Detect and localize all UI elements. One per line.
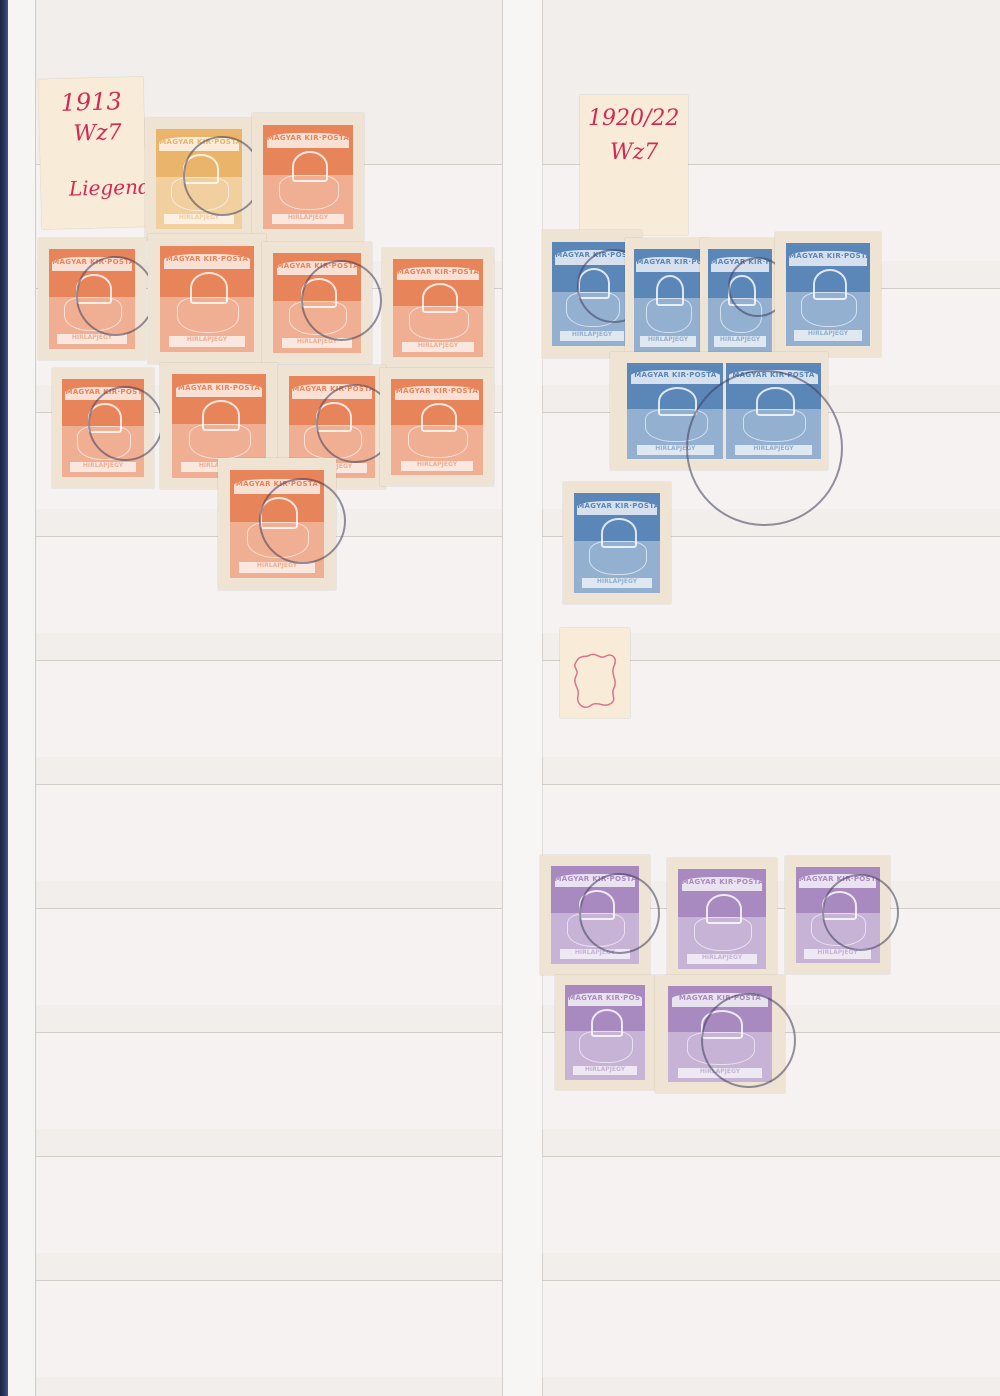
newspaper-1920-stamp: MAGYAR KIR·POSTAHÍRLAPJEGY bbox=[775, 232, 881, 357]
film-overlay bbox=[565, 1031, 645, 1080]
label-orientation: Liegend bbox=[69, 176, 151, 199]
stamp-top-text: MAGYAR KIR·POSTA bbox=[636, 257, 699, 271]
page-margin bbox=[8, 0, 36, 1396]
label-watermark: Wz7 bbox=[610, 141, 658, 164]
newspaper-1920-stamp: MAGYAR KIR·POSTAHÍRLAPJEGYMAGYAR KIR·POS… bbox=[610, 352, 828, 470]
postmark bbox=[301, 260, 382, 341]
postmark bbox=[88, 386, 163, 461]
label-year: 1913 bbox=[60, 89, 122, 116]
film-overlay bbox=[393, 306, 483, 357]
film-overlay bbox=[786, 292, 871, 345]
stamp-design: MAGYAR KIR·POSTAHÍRLAPJEGY bbox=[786, 243, 871, 346]
film-overlay bbox=[160, 297, 254, 352]
stamp-design: MAGYAR KIR·POSTAHÍRLAPJEGY bbox=[391, 379, 482, 476]
strip-film bbox=[36, 1157, 502, 1253]
newspaper-1913-stamp: MAGYAR KIR·POSTAHÍRLAPJEGY bbox=[148, 234, 266, 364]
stamp-top-text: MAGYAR KIR·POSTA bbox=[577, 501, 656, 515]
strip-film bbox=[36, 1281, 502, 1377]
film-overlay bbox=[574, 541, 660, 593]
newspaper-1920-stamp: MAGYAR KIR·POSTAHÍRLAPJEGY bbox=[563, 482, 671, 604]
postmark bbox=[259, 478, 346, 565]
film-overlay bbox=[634, 298, 703, 351]
strip-film bbox=[542, 1281, 1000, 1377]
stamp-top-text: MAGYAR KIR·POSTA bbox=[395, 386, 479, 400]
newspaper-1920-stamp: MAGYAR KIR·POSTAHÍRLAPJEGY bbox=[540, 855, 650, 975]
newspaper-1920-stamp: MAGYAR KIR·POSTAHÍRLAPJEGY bbox=[625, 238, 711, 363]
newspaper-1913-stamp: MAGYAR KIR·POSTAHÍRLAPJEGY bbox=[52, 368, 154, 488]
strip-film bbox=[36, 1033, 502, 1129]
label-slip-1913: 1913 Wz7 Liegend bbox=[38, 77, 147, 230]
stamp-top-text: MAGYAR KIR·POSTA bbox=[789, 251, 867, 265]
newspaper-1913-stamp: MAGYAR KIR·POSTAHÍRLAPJEGY bbox=[262, 242, 372, 364]
stamp-design: MAGYAR KIR·POSTAHÍRLAPJEGY bbox=[634, 249, 703, 352]
stamp-top-text: MAGYAR KIR·POSTA bbox=[397, 267, 479, 281]
stamp-design: MAGYAR KIR·POSTAHÍRLAPJEGY bbox=[565, 985, 645, 1079]
stamp-design: MAGYAR KIR·POSTAHÍRLAPJEGY bbox=[574, 493, 660, 593]
label-watermark: Wz7 bbox=[73, 121, 122, 145]
center-divider bbox=[502, 0, 543, 1396]
postmark bbox=[822, 874, 900, 952]
newspaper-1913-stamp: MAGYAR KIR·POSTAHÍRLAPJEGY bbox=[382, 248, 494, 368]
label-year: 1920/22 bbox=[588, 107, 679, 130]
strip-film bbox=[542, 1157, 1000, 1253]
stamp-design: MAGYAR KIR·POSTAHÍRLAPJEGY bbox=[678, 869, 766, 969]
watermark-outline-icon bbox=[560, 628, 630, 718]
newspaper-1913-stamp: MAGYAR KIR·POSTAHÍRLAPJEGY bbox=[38, 238, 146, 360]
newspaper-1913-stamp: MAGYAR KIR·POSTAHÍRLAPJEGY bbox=[145, 118, 253, 240]
strip-film bbox=[36, 909, 502, 1005]
newspaper-1920-stamp: MAGYAR KIR·POSTAHÍRLAPJEGY bbox=[667, 858, 777, 980]
postmark bbox=[686, 370, 843, 527]
postmark bbox=[183, 136, 263, 216]
newspaper-1920-stamp: MAGYAR KIR·POSTAHÍRLAPJEGY bbox=[785, 856, 890, 974]
newspaper-1920-stamp: MAGYAR KIR·POSTAHÍRLAPJEGY bbox=[700, 238, 780, 363]
strip-film bbox=[36, 785, 502, 881]
stamp-design: MAGYAR KIR·POSTAHÍRLAPJEGY bbox=[263, 125, 353, 230]
film-overlay bbox=[391, 425, 482, 475]
watermark-sketch-slip bbox=[560, 628, 630, 718]
stamp-top-text: MAGYAR KIR·POSTA bbox=[631, 370, 719, 384]
newspaper-1913-stamp: MAGYAR KIR·POSTAHÍRLAPJEGY bbox=[252, 113, 364, 241]
stamp-top-text: MAGYAR KIR·POSTA bbox=[164, 254, 251, 269]
label-slip-1920-22: 1920/22 Wz7 bbox=[580, 95, 688, 235]
stamp-top-text: MAGYAR KIR·POSTA bbox=[267, 133, 349, 148]
newspaper-1920-stamp: MAGYAR KIR·POSTAHÍRLAPJEGY bbox=[655, 975, 785, 1093]
newspaper-1913-stamp: MAGYAR KIR·POSTAHÍRLAPJEGY bbox=[380, 368, 494, 486]
postmark bbox=[701, 993, 796, 1088]
album-spine bbox=[0, 0, 8, 1396]
stamp-design: MAGYAR KIR·POSTAHÍRLAPJEGY bbox=[393, 259, 483, 357]
stamp-top-text: MAGYAR KIR·POSTA bbox=[176, 383, 263, 397]
stamp-top-text: MAGYAR KIR·POSTA bbox=[682, 877, 763, 891]
strip-film bbox=[36, 661, 502, 757]
film-overlay bbox=[263, 175, 353, 230]
stamp-design: MAGYAR KIR·POSTAHÍRLAPJEGY bbox=[160, 246, 254, 353]
newspaper-1920-stamp: MAGYAR KIR·POSTAHÍRLAPJEGY bbox=[555, 975, 655, 1090]
newspaper-1913-stamp: MAGYAR KIR·POSTAHÍRLAPJEGY bbox=[218, 458, 336, 590]
postmark bbox=[579, 873, 660, 954]
stamp-top-text: MAGYAR KIR·POSTA bbox=[568, 993, 642, 1006]
film-overlay bbox=[678, 917, 766, 969]
postmark bbox=[76, 256, 156, 336]
